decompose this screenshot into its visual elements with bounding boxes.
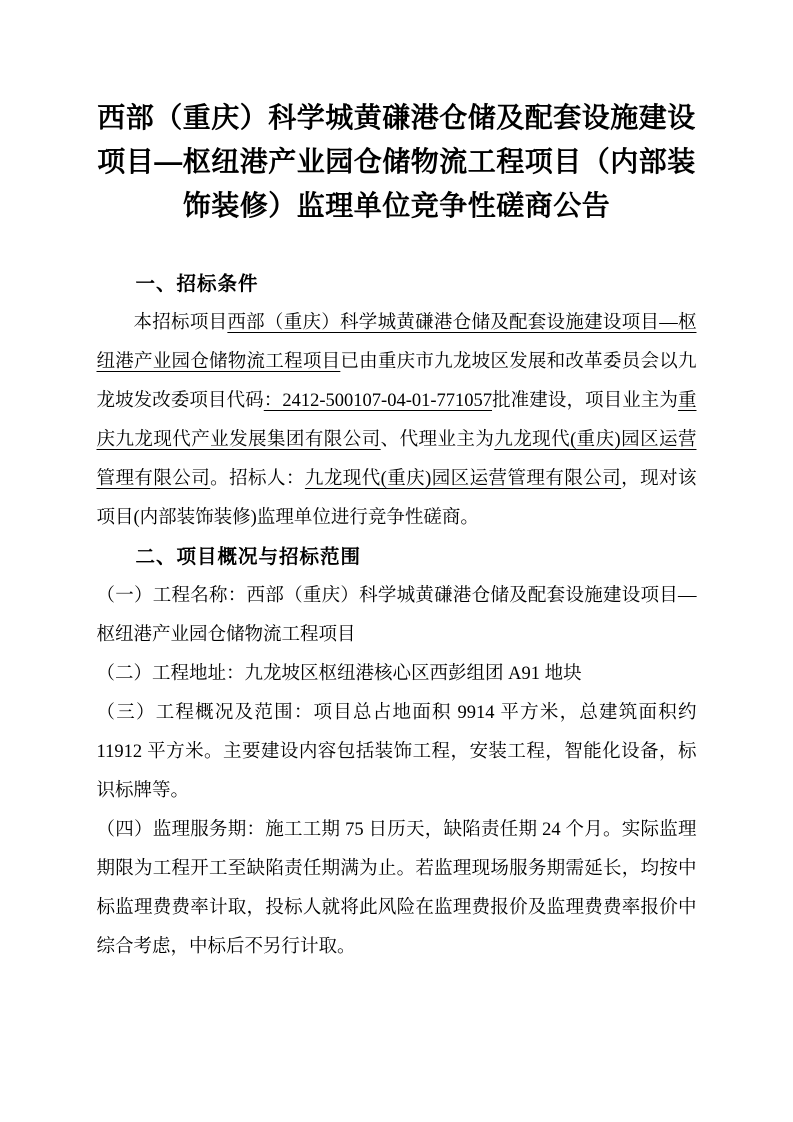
item-project-scope: （三）工程概况及范围：项目总占地面积 9914 平方米，总建筑面积约 11912… [97, 694, 697, 811]
text-segment: 本招标项目 [134, 313, 228, 333]
document-page: 西部（重庆）科学城黄磏港仓储及配套设施建设项目—枢纽港产业园仓储物流工程项目（内… [0, 0, 793, 1122]
paragraph-tender-conditions: 本招标项目西部（重庆）科学城黄磏港仓储及配套设施建设项目—枢纽港产业园仓储物流工… [97, 304, 697, 538]
text-segment: 。招标人： [210, 469, 305, 489]
section-heading-project-overview: 二、项目概况与招标范围 [97, 538, 697, 577]
item-project-name: （一）工程名称：西部（重庆）科学城黄磏港仓储及配套设施建设项目—枢纽港产业园仓储… [97, 577, 697, 655]
item-project-address: （二）工程地址：九龙坡区枢纽港核心区西彭组团 A91 地块 [97, 655, 697, 694]
underlined-tenderer: 九龙现代(重庆)园区运营管理有限公司 [305, 469, 621, 489]
document-content: 西部（重庆）科学城黄磏港仓储及配套设施建设项目—枢纽港产业园仓储物流工程项目（内… [97, 0, 697, 967]
document-title: 西部（重庆）科学城黄磏港仓储及配套设施建设项目—枢纽港产业园仓储物流工程项目（内… [97, 96, 697, 228]
underlined-project-code: ：2412-500107-04-01-771057 [264, 391, 492, 411]
section-heading-tender-conditions: 一、招标条件 [97, 265, 697, 304]
text-segment: 批准建设，项目业主为 [492, 391, 678, 411]
text-segment: 、代理业主为 [381, 430, 495, 450]
item-supervision-period: （四）监理服务期：施工工期 75 日历天，缺陷责任期 24 个月。实际监理期限为… [97, 811, 697, 967]
document-body: 一、招标条件 本招标项目西部（重庆）科学城黄磏港仓储及配套设施建设项目—枢纽港产… [97, 265, 697, 967]
